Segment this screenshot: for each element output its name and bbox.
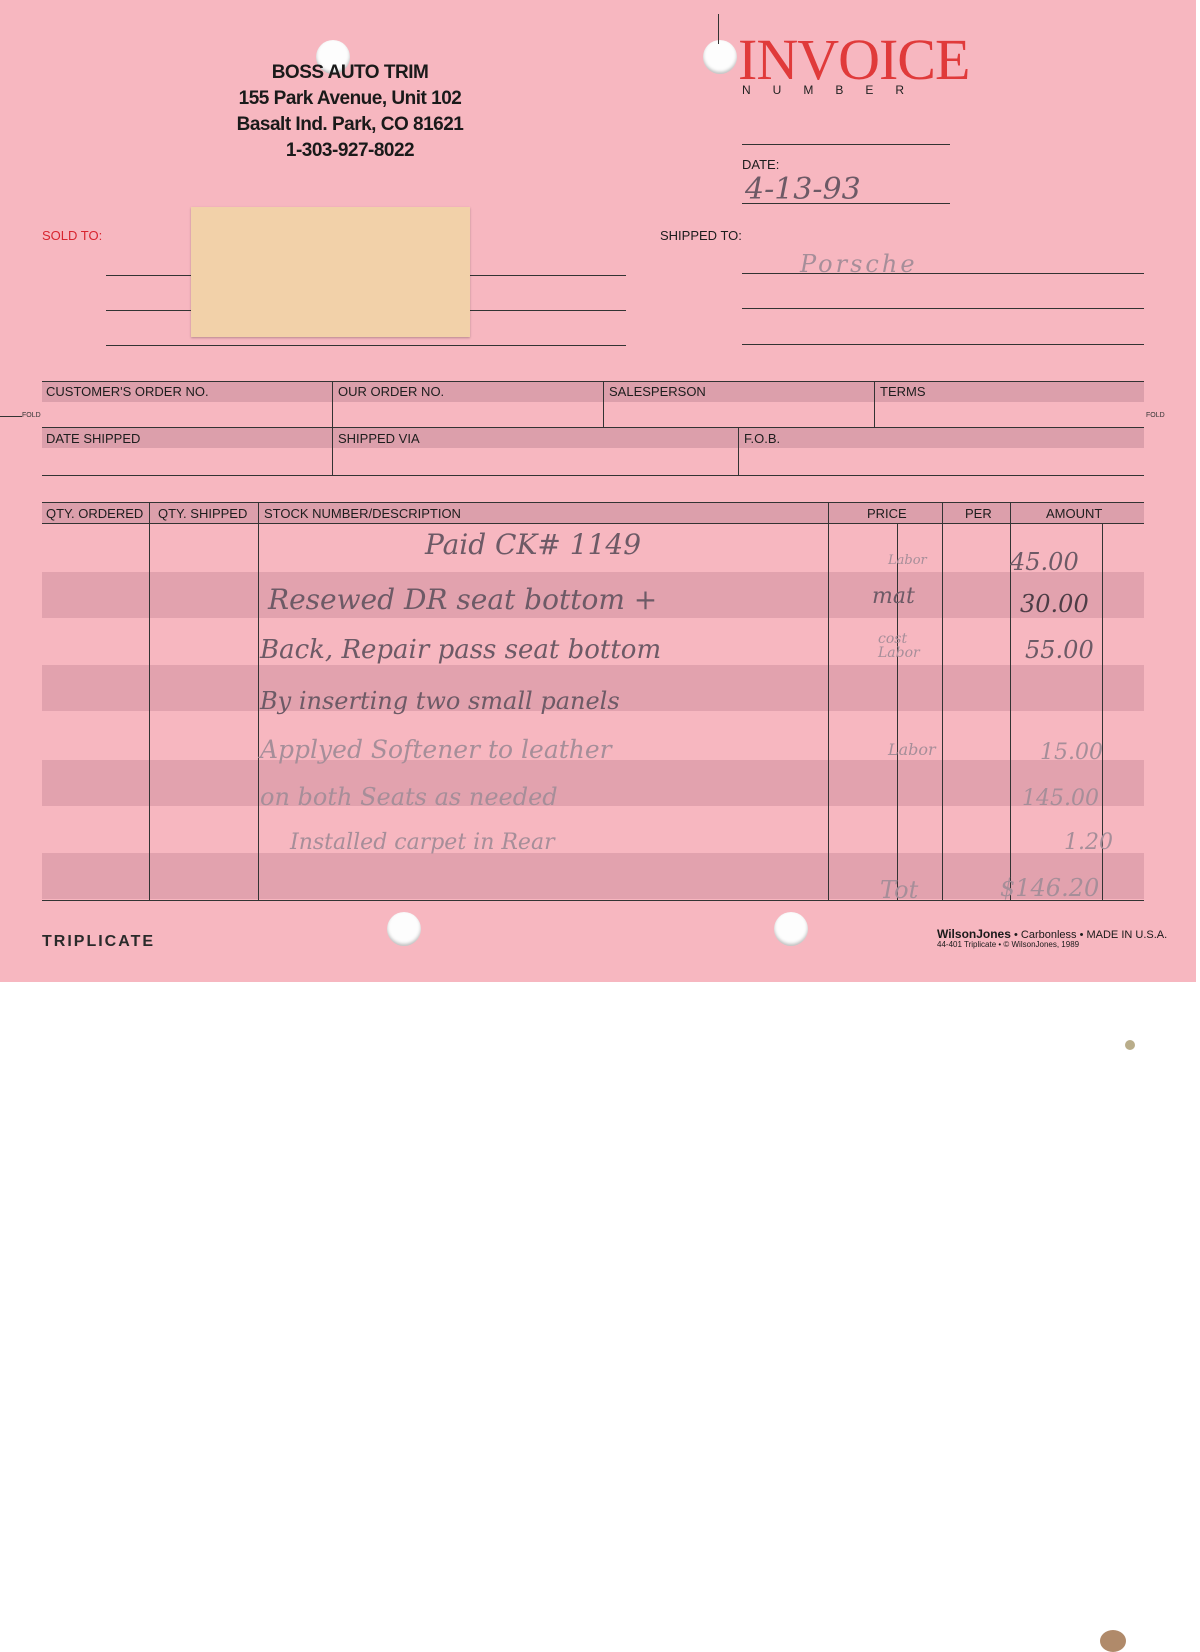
- row-price: Labor: [888, 740, 936, 759]
- col-description: STOCK NUMBER/DESCRIPTION: [264, 506, 461, 521]
- sold-to-line-3: [106, 345, 626, 346]
- order-block-bottom: [42, 475, 1144, 476]
- date-line: [742, 203, 950, 204]
- shipped-to-label: SHIPPED TO:: [660, 228, 742, 243]
- invoice-title: INVOICE: [738, 30, 969, 90]
- col-divider: [258, 502, 259, 900]
- copy-label: TRIPLICATE: [42, 933, 155, 951]
- row-description: Applyed Softener to leather: [260, 735, 612, 764]
- col-amount: AMOUNT: [1046, 506, 1102, 521]
- fob-label: F.O.B.: [744, 431, 780, 446]
- date-label: DATE:: [742, 157, 779, 172]
- maker-line-1: WilsonJones • Carbonless • MADE IN U.S.A…: [937, 927, 1167, 941]
- col-per: PER: [965, 506, 992, 521]
- sticky-note-redaction: [191, 207, 470, 337]
- divider: [603, 381, 604, 427]
- terms-label: TERMS: [880, 384, 926, 399]
- row-amount: 1.20: [1064, 830, 1113, 855]
- row-amount: 15.00: [1040, 740, 1103, 765]
- table-header-bottom: [42, 523, 1144, 524]
- col-qty-ordered: QTY. ORDERED: [46, 506, 143, 521]
- row-price: cost Labor: [878, 632, 928, 660]
- salesperson-label: SALESPERSON: [609, 384, 706, 399]
- row-band: [42, 853, 1144, 899]
- invoice-number-line: [742, 144, 950, 145]
- sold-to-label: SOLD TO:: [42, 228, 102, 243]
- row-description: Resewed DR seat bottom +: [268, 583, 657, 616]
- row-description: on both Seats as needed: [260, 783, 558, 811]
- row-description: By inserting two small panels: [260, 687, 620, 715]
- divider: [332, 381, 333, 427]
- row-amount: 30.00: [1020, 590, 1089, 618]
- company-phone: 1-303-927-8022: [200, 138, 500, 164]
- row-price: Labor: [888, 553, 927, 568]
- company-address-2: Basalt Ind. Park, CO 81621: [200, 112, 500, 138]
- row-price: mat: [872, 584, 915, 609]
- customers-order-no-label: CUSTOMER'S ORDER NO.: [46, 384, 209, 399]
- maker-line-2: 44-401 Triplicate • © WilsonJones, 1989: [937, 940, 1079, 949]
- fold-label-left: FOLD: [22, 412, 41, 419]
- row-amount: 45.00: [1010, 548, 1079, 576]
- col-divider: [897, 523, 898, 900]
- row-description: Paid CK# 1149: [425, 528, 641, 561]
- fold-mark-left: [0, 416, 22, 417]
- fold-label-right: FOLD: [1146, 412, 1165, 419]
- stray-mark: [1100, 1630, 1126, 1652]
- row-band: [42, 760, 1144, 806]
- company-address-1: 155 Park Avenue, Unit 102: [200, 86, 500, 112]
- our-order-no-label: OUR ORDER NO.: [338, 384, 444, 399]
- total-label: Tot: [880, 876, 918, 904]
- row-description: Installed carpet in Rear: [290, 830, 555, 855]
- shipped-to-line-3: [742, 344, 1144, 345]
- invoice-sheet: BOSS AUTO TRIM 155 Park Avenue, Unit 102…: [0, 0, 1196, 982]
- row-amount: 145.00: [1022, 786, 1099, 811]
- stray-mark: [1125, 1040, 1135, 1050]
- divider: [874, 381, 875, 427]
- date-value: 4-13-93: [745, 172, 861, 207]
- total-amount: $146.20: [1000, 874, 1099, 902]
- col-price: PRICE: [867, 506, 907, 521]
- order-row2-band: [42, 428, 1144, 448]
- col-divider: [149, 502, 150, 900]
- company-stamp: BOSS AUTO TRIM 155 Park Avenue, Unit 102…: [200, 60, 500, 164]
- company-name: BOSS AUTO TRIM: [200, 60, 500, 86]
- shipped-via-label: SHIPPED VIA: [338, 431, 420, 446]
- divider: [738, 427, 739, 475]
- col-divider: [828, 502, 829, 900]
- table-bottom: [42, 900, 1144, 901]
- pen-mark: [718, 14, 719, 44]
- punch-hole: [387, 912, 421, 946]
- row-amount: 55.00: [1025, 636, 1094, 664]
- date-shipped-label: DATE SHIPPED: [46, 431, 140, 446]
- divider: [332, 427, 333, 475]
- row-description: Back, Repair pass seat bottom: [260, 635, 661, 665]
- shipped-to-line-2: [742, 308, 1144, 309]
- punch-hole: [774, 912, 808, 946]
- maker-brand: WilsonJones: [937, 927, 1011, 941]
- col-qty-shipped: QTY. SHIPPED: [158, 506, 247, 521]
- punch-hole: [703, 40, 737, 74]
- invoice-number-label: NUMBER: [742, 83, 926, 97]
- col-divider: [942, 502, 943, 900]
- shipped-to-line-1: [742, 273, 1144, 274]
